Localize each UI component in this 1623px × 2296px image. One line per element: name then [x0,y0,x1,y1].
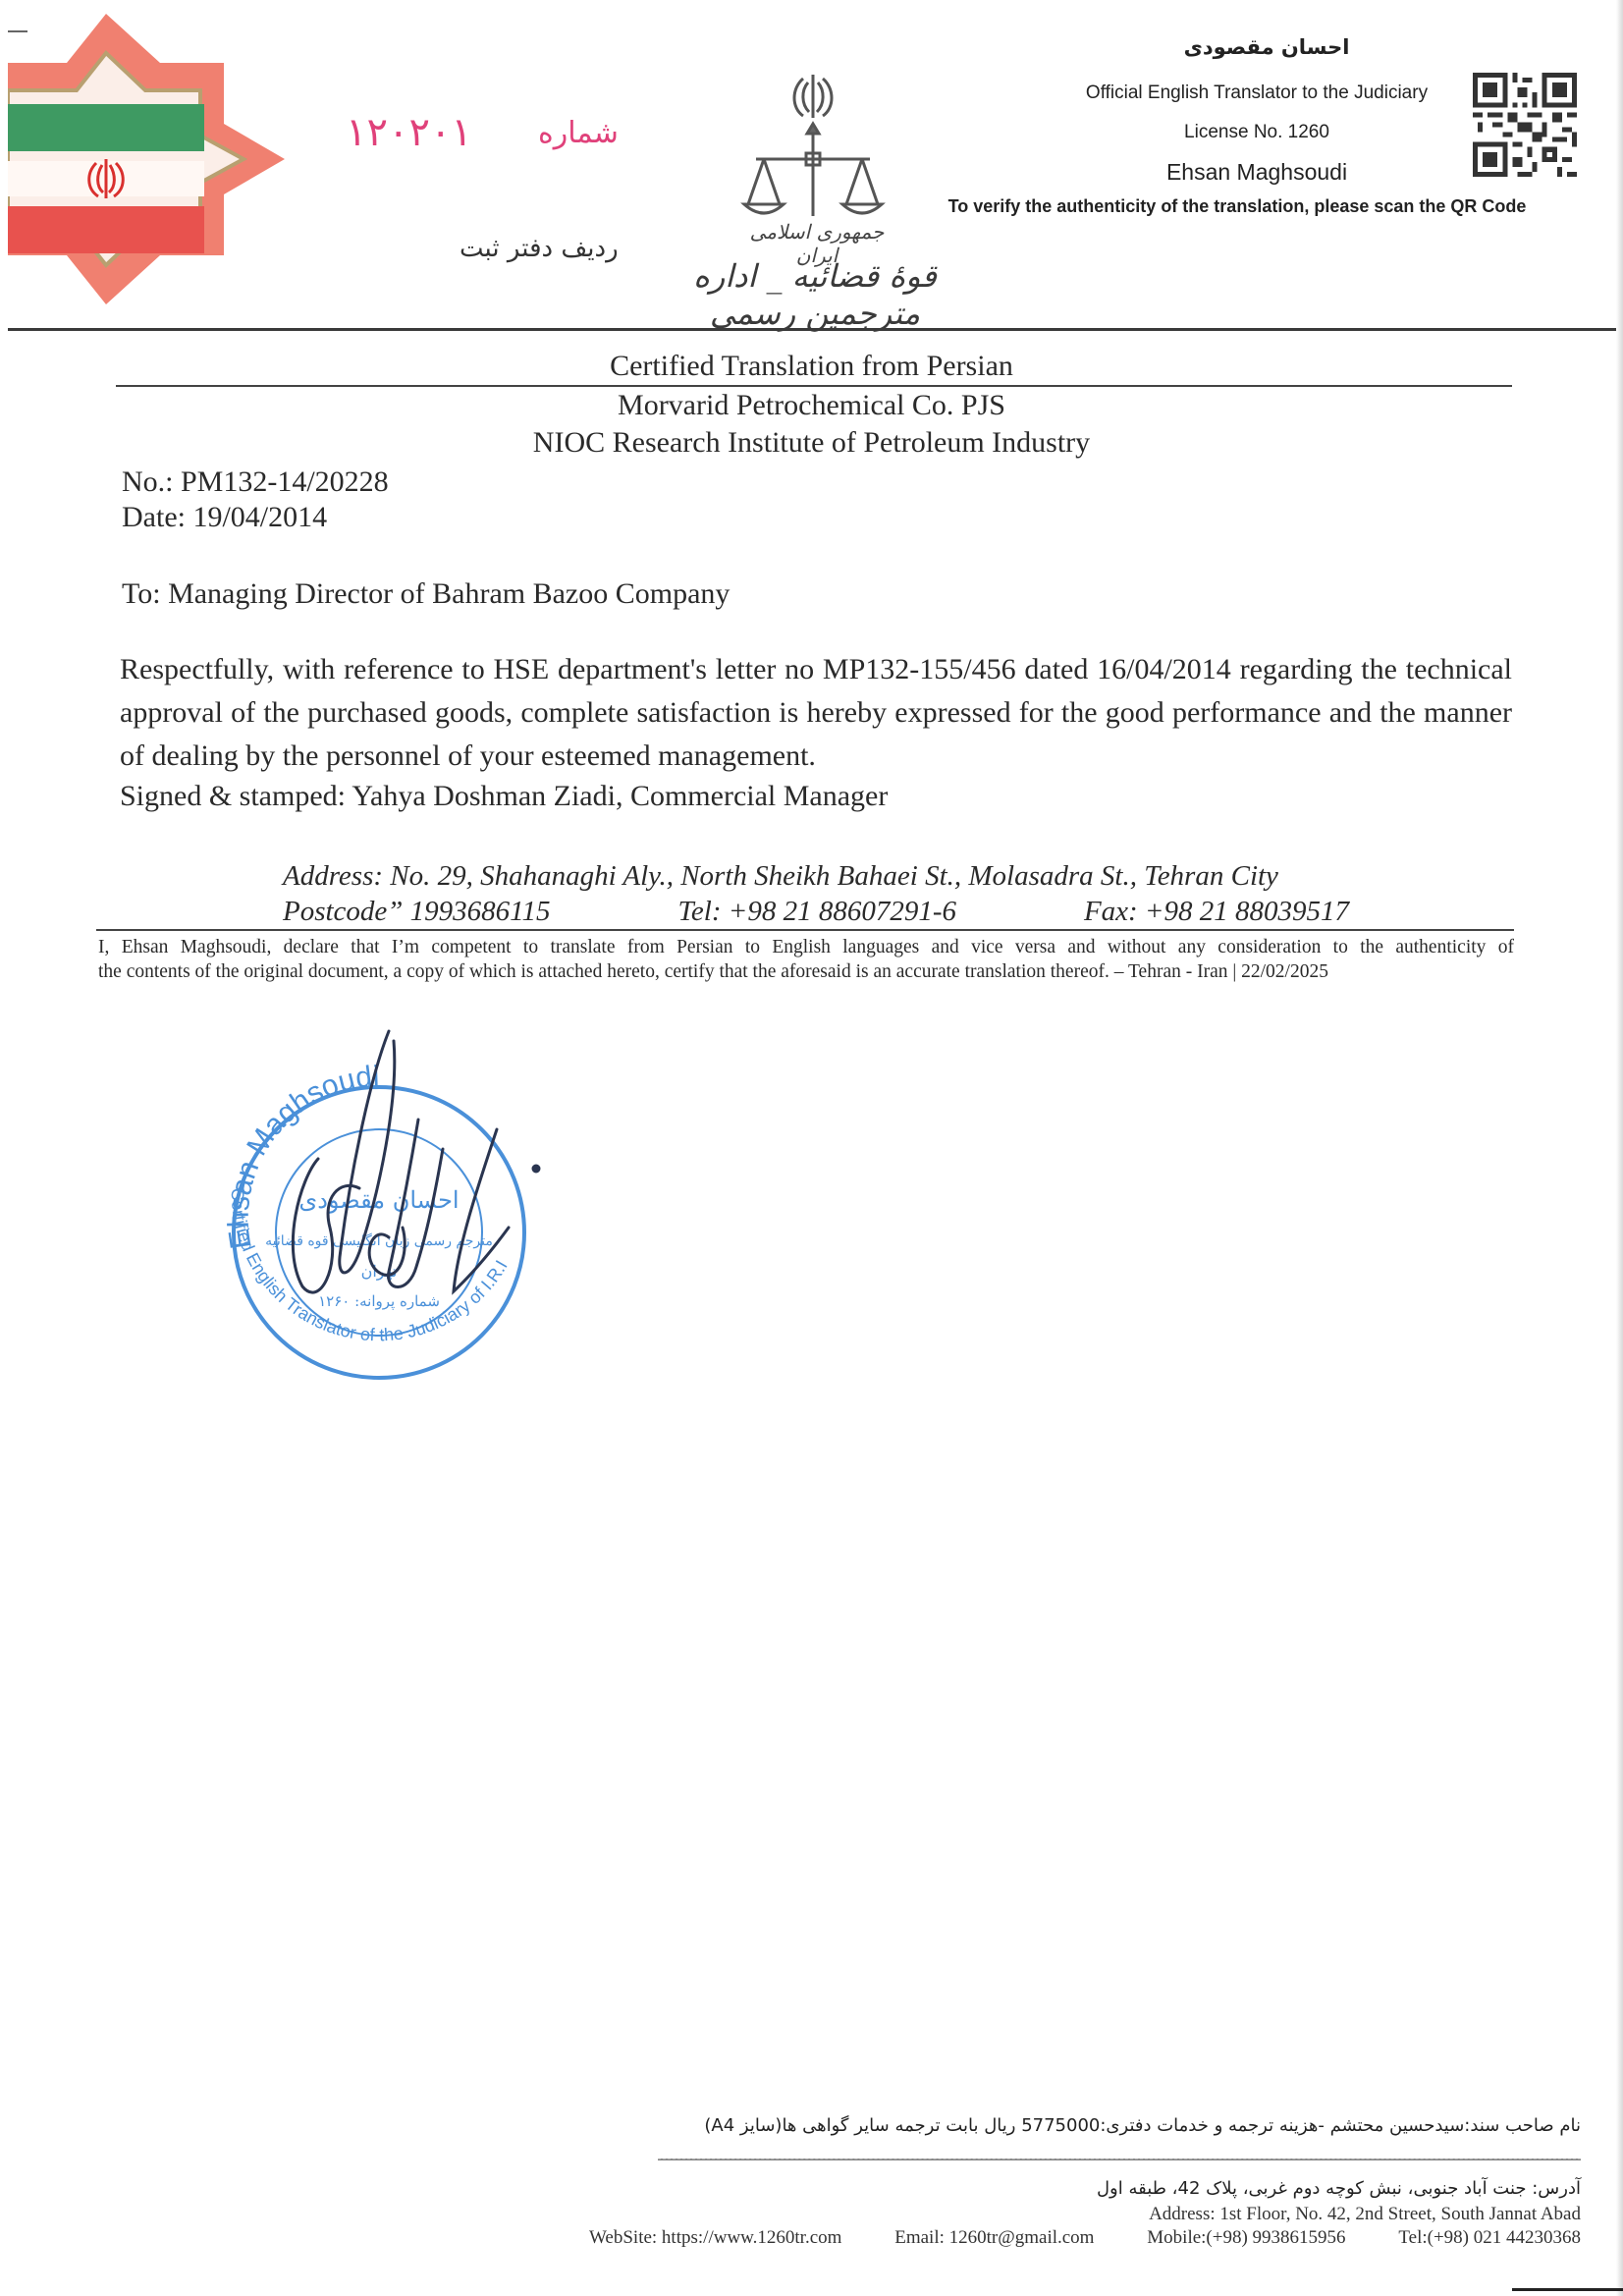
judiciary-title: قوهٔ قضائیه _ اداره مترجمین رسمی [648,257,982,332]
letter-body: Respectfully, with reference to HSE depa… [120,648,1512,778]
qr-code-icon[interactable] [1473,73,1577,177]
translator-stamp-icon: Ehsan Maghsoudi Certified English Transl… [192,1021,566,1394]
declaration-line-1: I, Ehsan Maghsoudi, declare that I’m com… [98,935,1514,959]
registry-row-label: ردیف دفتر ثبت [460,234,619,263]
recipient-line: To: Managing Director of Bahram Bazoo Co… [122,577,730,611]
company-contact-row: Postcode” 1993686115 Tel: +98 21 8860729… [283,896,1349,928]
office-tel: Tel:(+98) 021 44230368 [1398,2227,1581,2249]
footer-divider [658,2159,1581,2160]
serial-number: ۱۲۰۲۰۱ [346,110,472,155]
declaration-line-2: the contents of the original document, a… [98,959,1514,984]
letter-date: Date: 19/04/2014 [122,501,327,534]
address-divider [96,929,1514,931]
flag-star-emblem-icon [8,14,285,304]
translator-name-english: Ehsan Maghsoudi [1090,159,1424,186]
company-tel: Tel: +98 21 88607291-6 [677,896,956,928]
company-name: Morvarid Petrochemical Co. PJS [0,389,1623,422]
company-postcode: Postcode” 1993686115 [283,896,551,928]
email-link[interactable]: Email: 1260tr@gmail.com [894,2227,1094,2249]
header-divider [8,328,1618,331]
license-number: License No. 1260 [1109,122,1404,143]
mobile-number: Mobile:(+98) 9938615956 [1147,2227,1345,2249]
translator-declaration: I, Ehsan Maghsoudi, declare that I’m com… [98,935,1514,984]
company-address: Address: No. 29, Shahanaghi Aly., North … [283,860,1278,893]
document-owner-fee: نام صاحب سند:سیدحسین محتشم -هزینه ترجمه … [658,2115,1581,2136]
certified-translation-title: Certified Translation from Persian [0,350,1623,383]
serial-label: شماره [538,116,619,150]
translator-name-persian: احسان مقصودی [1178,35,1355,59]
company-fax: Fax: +98 21 88039517 [1084,896,1349,928]
verify-note: To verify the authenticity of the transl… [903,196,1571,217]
institute-name: NIOC Research Institute of Petroleum Ind… [0,426,1623,460]
signatory-line: Signed & stamped: Yahya Doshman Ziadi, C… [120,780,888,813]
website-link[interactable]: WebSite: https://www.1260tr.com [589,2227,841,2249]
translator-title: Official English Translator to the Judic… [1051,82,1463,104]
reference-number: No.: PM132-14/20228 [122,465,389,499]
office-address-persian: آدرس: جنت آباد جنوبی، نبش کوچه دوم غربی،… [884,2178,1581,2199]
office-contact-row: WebSite: https://www.1260tr.com Email: 1… [589,2227,1581,2249]
office-address-english: Address: 1st Floor, No. 42, 2nd Street, … [1080,2204,1581,2225]
scan-edge-shadow [1616,0,1623,2296]
stamp-inner-license: شماره پروانه: ۱۲۶۰ [318,1292,440,1310]
title-divider [116,385,1512,387]
scales-of-justice-icon [734,69,892,236]
scan-edge-mark [1512,2288,1623,2291]
